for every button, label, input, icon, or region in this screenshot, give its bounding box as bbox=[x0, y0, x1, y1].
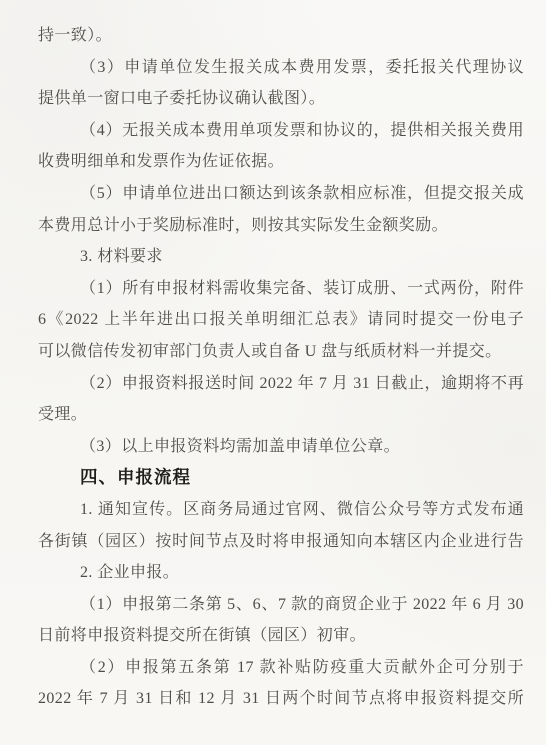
text-line: 收费明细单和发票作为佐证依据。 bbox=[38, 146, 524, 178]
text-line: 可以微信传发初审部门负责人或自备 U 盘与纸质材料一并提交。 bbox=[38, 336, 524, 368]
text-line: （1）所有申报材料需收集完备、装订成册、一式两份，附件 bbox=[38, 273, 524, 305]
text-line: 各街镇（园区）按时间节点及时将申报通知向本辖区内企业进行告知。 bbox=[38, 526, 524, 558]
text-line: 2. 企业申报。 bbox=[38, 557, 524, 589]
document-page: 持一致）。（3）申请单位发生报关成本费用发票，委托报关代理协议（可提供单一窗口电… bbox=[0, 0, 546, 745]
text-line: 日前将申报资料提交所在街镇（园区）初审。 bbox=[38, 620, 524, 652]
text-line: 本费用总计小于奖励标准时，则按其实际发生金额奖励。 bbox=[38, 210, 524, 242]
text-line: 6《2022 上半年进出口报关单明细汇总表》请同时提交一份电子档， bbox=[38, 304, 524, 336]
document-body: 持一致）。（3）申请单位发生报关成本费用发票，委托报关代理协议（可提供单一窗口电… bbox=[38, 20, 524, 715]
text-line: 3. 材料要求 bbox=[38, 241, 524, 273]
text-line: （5）申请单位进出口额达到该条款相应标准，但提交报关成 bbox=[38, 178, 524, 210]
text-line: 受理。 bbox=[38, 399, 524, 431]
text-line: 持一致）。 bbox=[38, 20, 524, 52]
text-line: （2）申报资料报送时间 2022 年 7 月 31 日截止，逾期将不再 bbox=[38, 368, 524, 400]
text-line: （3）以上申报资料均需加盖申请单位公章。 bbox=[38, 431, 524, 463]
text-line: 2022 年 7 月 31 日和 12 月 31 日两个时间节点将申报资料提交所 bbox=[38, 683, 524, 715]
text-line: （2）申报第五条第 17 款补贴防疫重大贡献外企可分别于 bbox=[38, 652, 524, 684]
section-heading: 四、申报流程 bbox=[38, 462, 524, 494]
text-line: （4）无报关成本费用单项发票和协议的，提供相关报关费用 bbox=[38, 115, 524, 147]
text-line: （3）申请单位发生报关成本费用发票，委托报关代理协议（可 bbox=[38, 52, 524, 84]
text-line: 1. 通知宣传。区商务局通过官网、微信公众号等方式发布通知。 bbox=[38, 494, 524, 526]
text-line: （1）申报第二条第 5、6、7 款的商贸企业于 2022 年 6 月 30 bbox=[38, 589, 524, 621]
text-line: 提供单一窗口电子委托协议确认截图）。 bbox=[38, 83, 524, 115]
